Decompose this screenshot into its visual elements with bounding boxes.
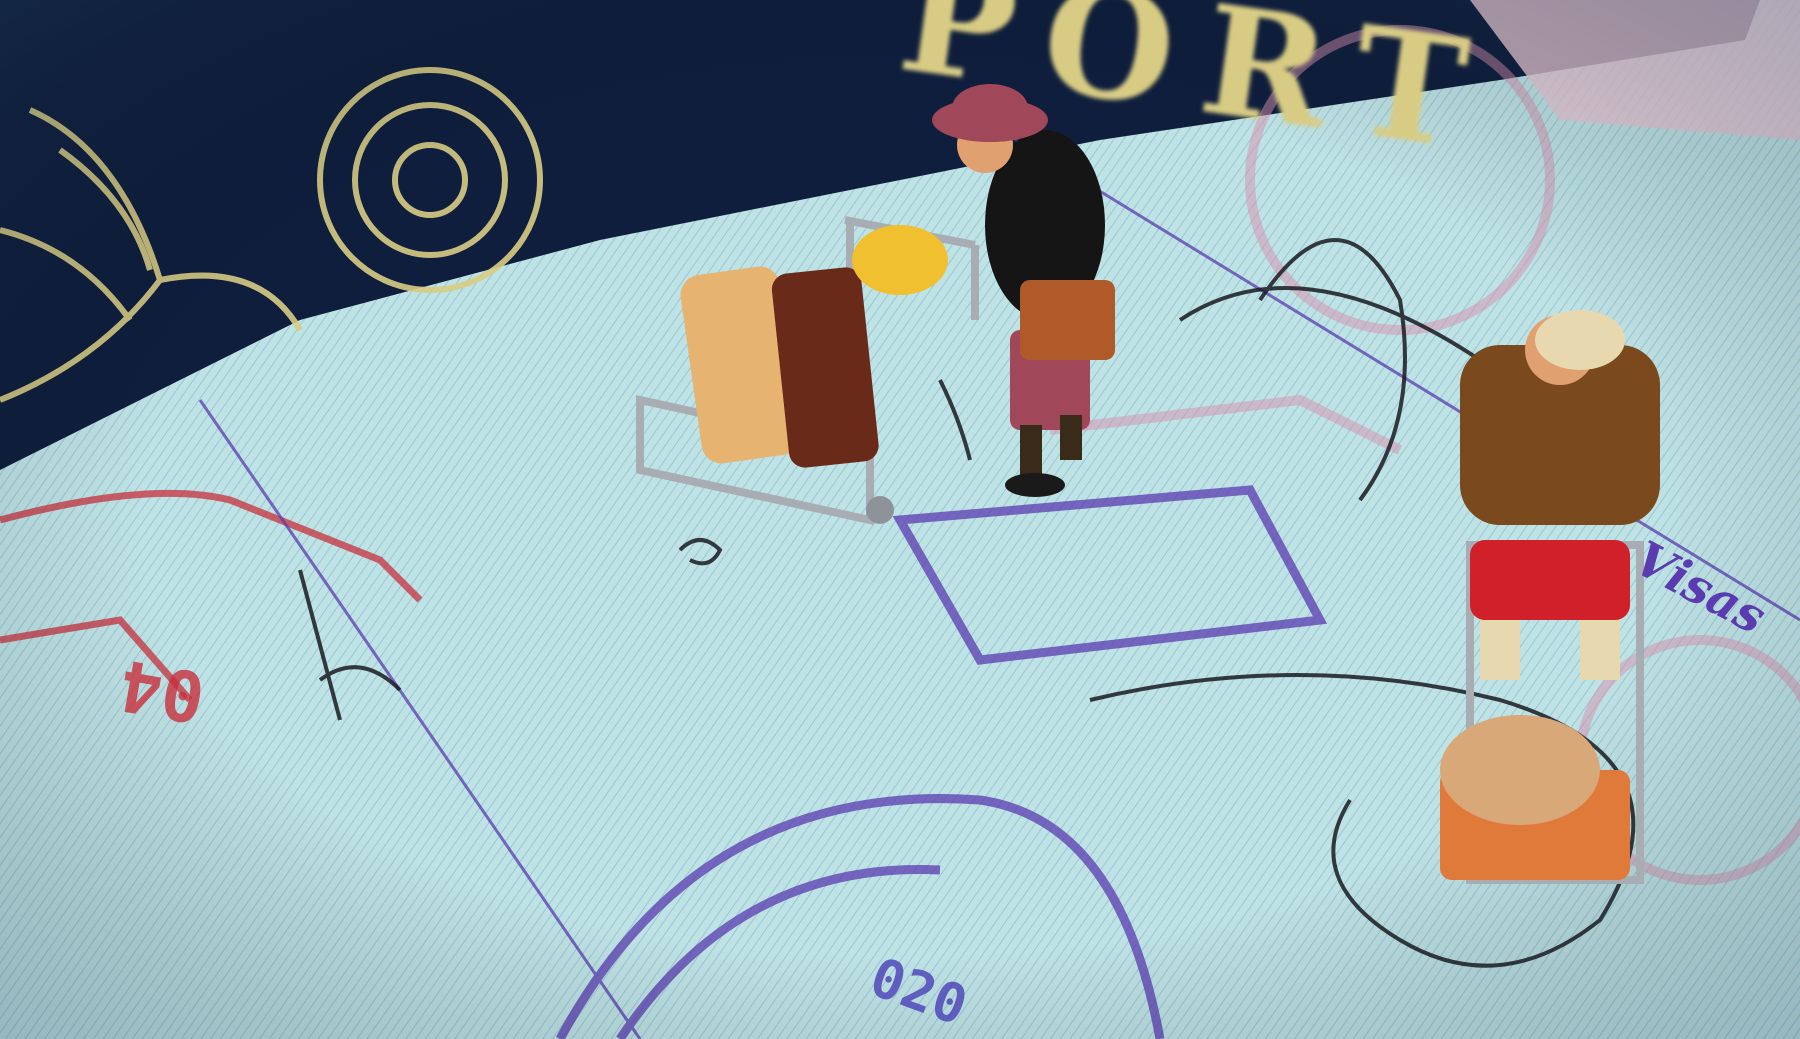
red-bag (1470, 540, 1630, 620)
man-figurine (1440, 310, 1660, 880)
yellow-case (852, 225, 948, 295)
tan-duffel (1440, 715, 1600, 825)
tan-hat (1535, 310, 1625, 370)
photo-scene (0, 0, 1800, 1039)
red-stamp-digits: 04 (114, 643, 211, 738)
brown-handbag (1020, 280, 1115, 360)
